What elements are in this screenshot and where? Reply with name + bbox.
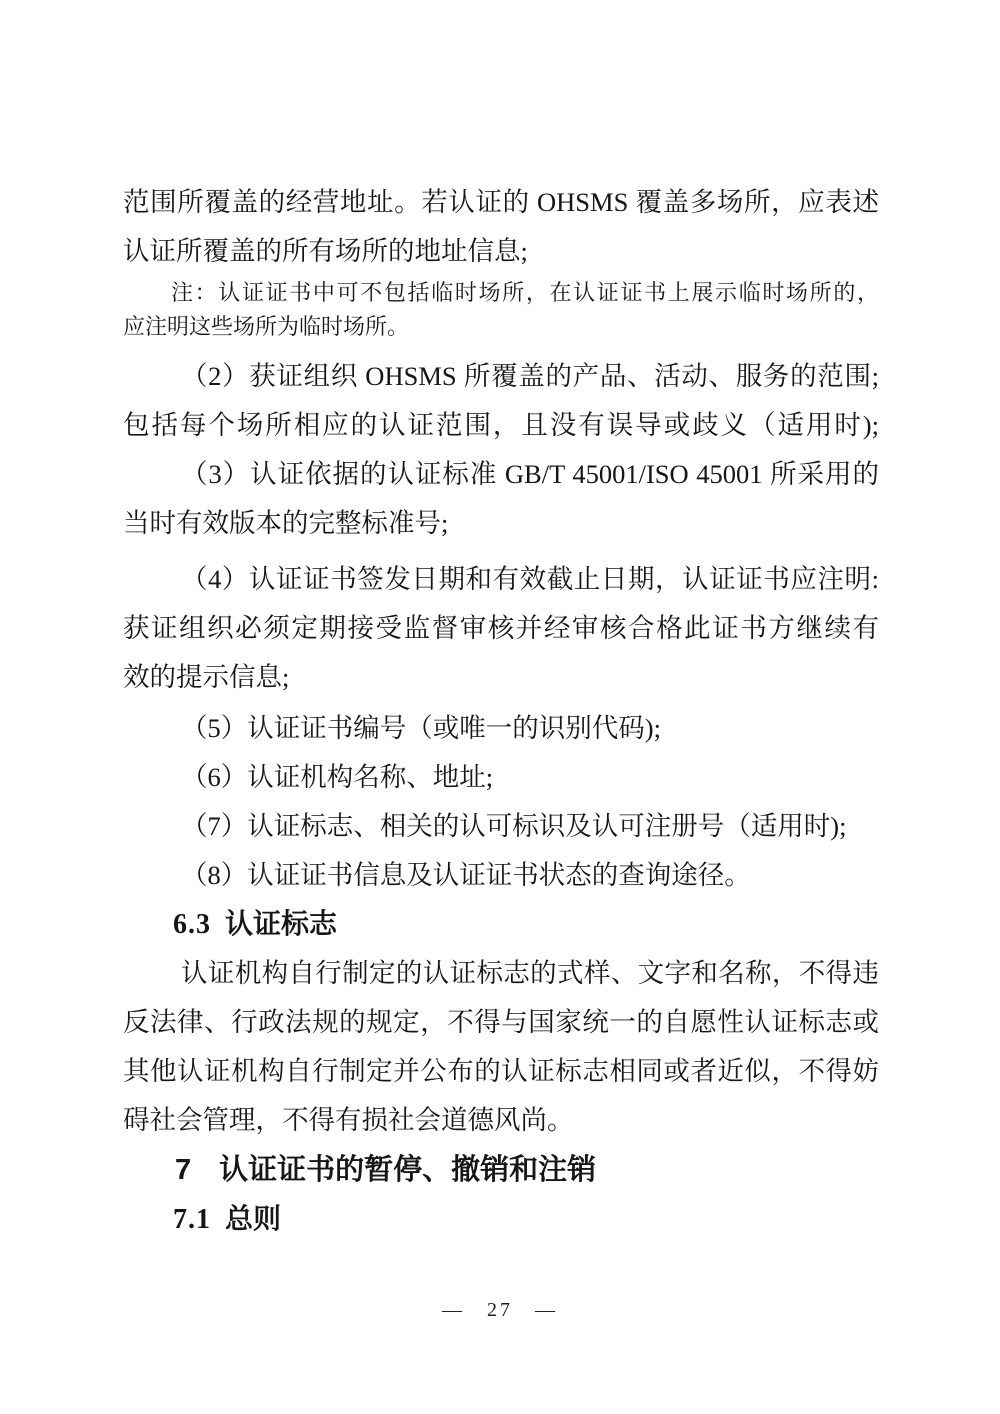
section-title: 认证证书的暂停、撤销和注销 [219,1154,596,1186]
body-line: 范围所覆盖的经营地址。若认证的 OHSMS 覆盖多场所，应表述 [123,178,879,227]
section-number: 6.3 [173,909,211,940]
note-line: 注：认证证书中可不包括临时场所，在认证证书上展示临时场所的， [123,276,879,310]
section-number: 7.1 [173,1204,211,1235]
body-line: 获证组织必须定期接受监督审核并经审核合格此证书方继续有 [123,604,879,653]
section-title: 认证标志 [225,909,337,940]
section-heading-6-3: 6.3认证标志 [123,900,879,949]
body-line: 当时有效版本的完整标准号; [123,499,879,548]
note-line: 应注明这些场所为临时场所。 [123,310,879,344]
body-line: 认证所覆盖的所有场所的地址信息; [123,227,879,276]
body-line-item-3: （3）认证依据的认证标准 GB/T 45001/ISO 45001 所采用的 [123,450,879,499]
page-number: — 27 — [0,1295,1000,1325]
section-number: 7 [175,1154,191,1186]
body-line-item-5: （5）认证证书编号（或唯一的识别代码); [123,704,879,753]
section-title: 总则 [225,1204,281,1235]
body-line-item-6: （6）认证机构名称、地址; [123,753,879,802]
document-page: 范围所覆盖的经营地址。若认证的 OHSMS 覆盖多场所，应表述 认证所覆盖的所有… [0,0,1000,1414]
body-line: 认证机构自行制定的认证标志的式样、文字和名称，不得违 [123,949,879,998]
section-heading-7-1: 7.1总则 [123,1195,879,1244]
section-heading-7: 7认证证书的暂停、撤销和注销 [123,1145,879,1195]
body-line: 包括每个场所相应的认证范围，且没有误导或歧义（适用时); [123,401,879,450]
body-line-item-4: （4）认证证书签发日期和有效截止日期，认证证书应注明: [123,555,879,604]
body-line: 其他认证机构自行制定并公布的认证标志相同或者近似，不得妨 [123,1047,879,1096]
body-line: 碍社会管理，不得有损社会道德风尚。 [123,1096,879,1145]
body-line-item-7: （7）认证标志、相关的认可标识及认可注册号（适用时); [123,802,879,851]
body-line-item-2: （2）获证组织 OHSMS 所覆盖的产品、活动、服务的范围; [123,352,879,401]
page-body: 范围所覆盖的经营地址。若认证的 OHSMS 覆盖多场所，应表述 认证所覆盖的所有… [123,178,879,1244]
body-line: 效的提示信息; [123,653,879,702]
body-line: 反法律、行政法规的规定，不得与国家统一的自愿性认证标志或 [123,998,879,1047]
body-line-item-8: （8）认证证书信息及认证证书状态的查询途径。 [123,851,879,900]
